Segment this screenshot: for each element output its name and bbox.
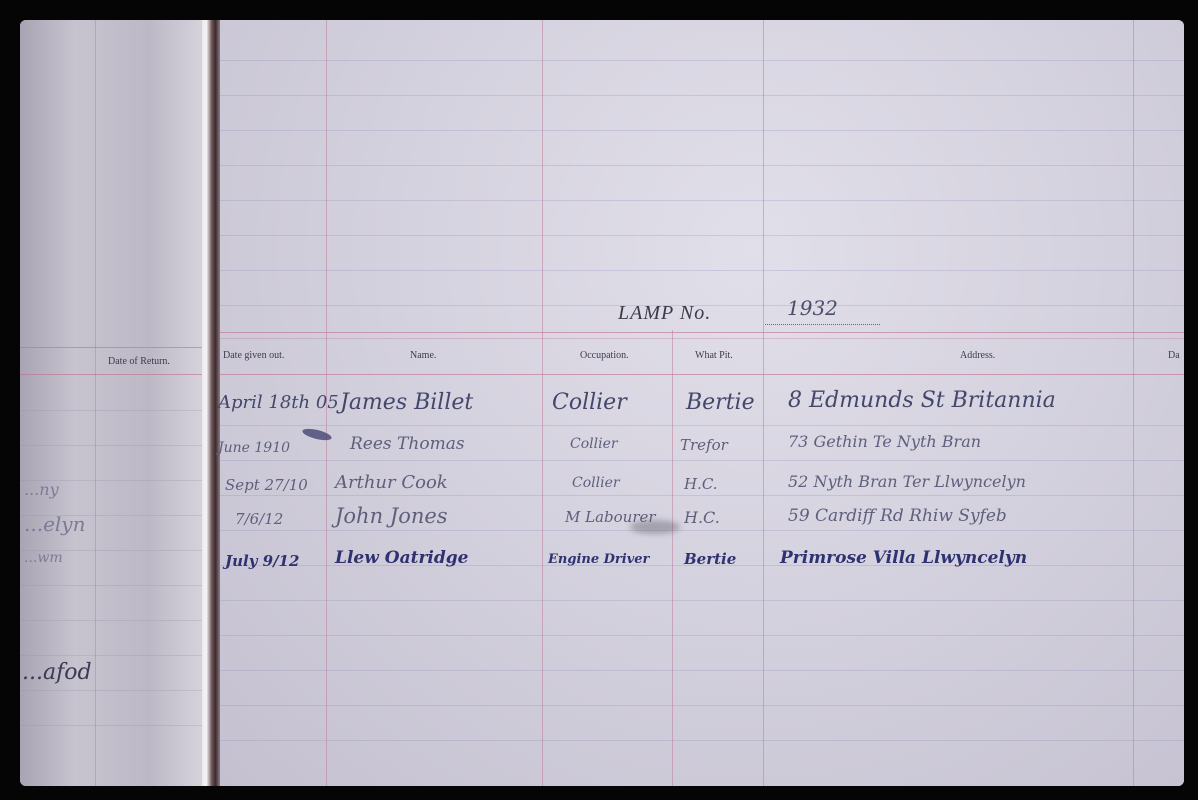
left-fragment: ...afod xyxy=(22,660,92,685)
entry-address: 59 Cardiff Rd Rhiw Syfeb xyxy=(788,506,1007,526)
entry-occupation: Collier xyxy=(552,390,627,415)
lamp-number: 1932 xyxy=(787,296,838,320)
entry-name: John Jones xyxy=(335,504,448,528)
entry-address: 52 Nyth Bran Ter Llwyncelyn xyxy=(788,472,1026,491)
entry-pit: Trefor xyxy=(680,436,728,454)
entry-occupation: Collier xyxy=(570,436,618,452)
lamp-number-field: 1932 xyxy=(765,298,880,325)
entry-name: Llew Oatridge xyxy=(335,548,468,568)
left-page: Date of Return. ...ny ...elyn ...wm ...a… xyxy=(20,20,205,786)
entry-address: 8 Edmunds St Britannia xyxy=(788,388,1056,413)
entry-address: Primrose Villa Llwyncelyn xyxy=(780,548,1027,568)
header-date-cut: Da xyxy=(1168,350,1180,361)
entry-pit: H.C. xyxy=(684,475,718,493)
header-occupation: Occupation. xyxy=(580,350,629,361)
entry-occupation: Collier xyxy=(572,475,620,491)
entry-occupation: Engine Driver xyxy=(548,552,649,567)
entry-name: Arthur Cook xyxy=(335,472,448,493)
header-name: Name. xyxy=(410,350,436,361)
left-fragment: ...elyn xyxy=(24,512,85,536)
date-given-out: June 1910 xyxy=(218,440,290,456)
left-fragment: ...ny xyxy=(24,480,59,499)
date-given-out: April 18th 05 xyxy=(218,392,339,413)
header-what-pit: What Pit. xyxy=(695,350,733,361)
entry-address: 73 Gethin Te Nyth Bran xyxy=(788,432,981,451)
pencil-smudge xyxy=(630,520,680,534)
entry-name: Rees Thomas xyxy=(350,434,465,454)
entry-name: James Billet xyxy=(340,390,473,415)
header-date-given-out: Date given out. xyxy=(223,350,284,361)
header-address: Address. xyxy=(960,350,995,361)
entry-pit: Bertie xyxy=(686,390,755,415)
date-given-out: July 9/12 xyxy=(225,552,299,570)
left-fragment: ...wm xyxy=(24,550,63,566)
date-given-out: Sept 27/10 xyxy=(225,476,308,494)
entry-pit: H.C. xyxy=(684,508,720,527)
slide-frame: Date of Return. ...ny ...elyn ...wm ...a… xyxy=(20,20,1184,786)
header-date-of-return: Date of Return. xyxy=(108,356,170,367)
date-given-out: 7/6/12 xyxy=(235,510,283,528)
entry-pit: Bertie xyxy=(684,550,736,568)
lamp-label: LAMP No. xyxy=(618,302,711,325)
